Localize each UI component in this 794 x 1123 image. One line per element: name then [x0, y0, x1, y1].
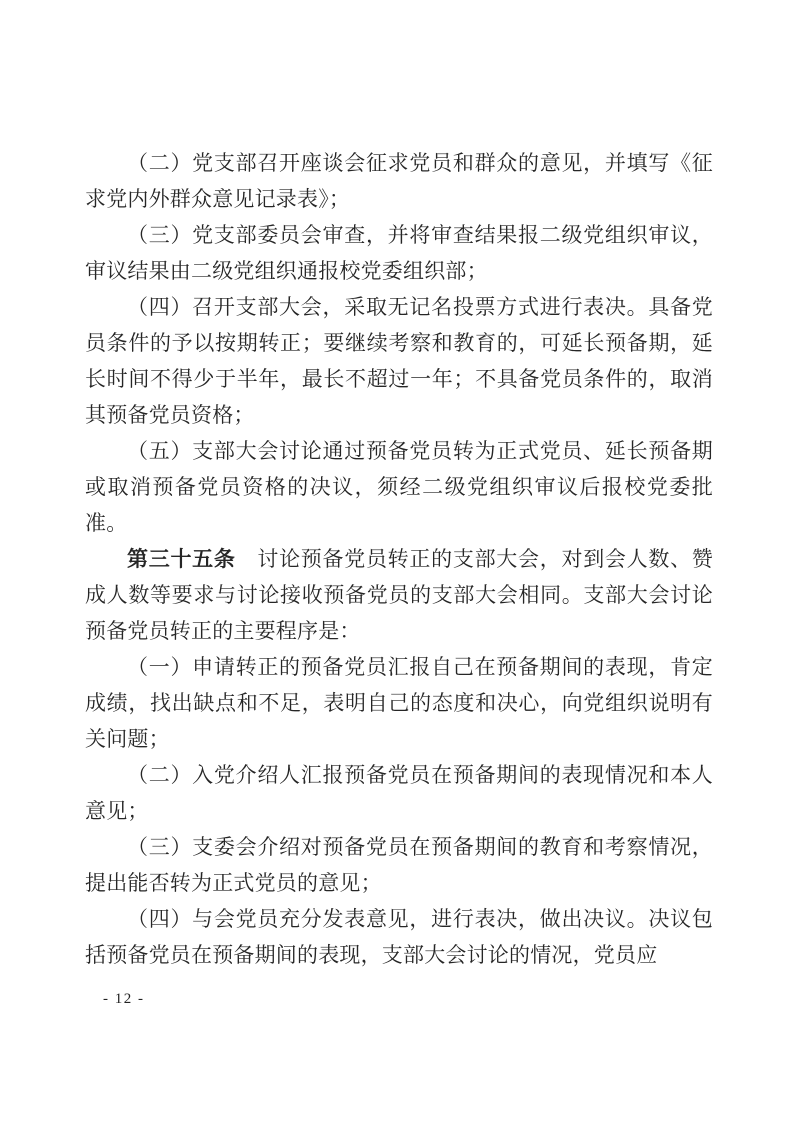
- paragraph-text: （二）入党介绍人汇报预备党员在预备期间的表现情况和本人意见；: [85, 763, 713, 823]
- paragraph: （四）与会党员充分发表意见，进行表决，做出决议。决议包括预备党员在预备期间的表现…: [85, 901, 713, 973]
- paragraph: （一）申请转正的预备党员汇报自己在预备期间的表现，肯定成绩，找出缺点和不足，表明…: [85, 649, 713, 757]
- paragraph-text: （一）申请转正的预备党员汇报自己在预备期间的表现，肯定成绩，找出缺点和不足，表明…: [85, 655, 713, 751]
- page-number: - 12 -: [103, 991, 145, 1008]
- paragraph: （三）党支部委员会审查，并将审查结果报二级党组织审议，审议结果由二级党组织通报校…: [85, 217, 713, 289]
- paragraph-text: （四）与会党员充分发表意见，进行表决，做出决议。决议包括预备党员在预备期间的表现…: [85, 907, 713, 967]
- paragraph: （五）支部大会讨论通过预备党员转为正式党员、延长预备期或取消预备党员资格的决议，…: [85, 433, 713, 541]
- paragraph: （二）入党介绍人汇报预备党员在预备期间的表现情况和本人意见；: [85, 757, 713, 829]
- paragraph: （二）党支部召开座谈会征求党员和群众的意见，并填写《征求党内外群众意见记录表》；: [85, 145, 713, 217]
- paragraph: 第三十五条 讨论预备党员转正的支部大会，对到会人数、赞成人数等要求与讨论接收预备…: [85, 541, 713, 649]
- paragraph-text: （三）党支部委员会审查，并将审查结果报二级党组织审议，审议结果由二级党组织通报校…: [85, 223, 713, 283]
- paragraph-text: （五）支部大会讨论通过预备党员转为正式党员、延长预备期或取消预备党员资格的决议，…: [85, 439, 713, 535]
- article-number: 第三十五条: [127, 547, 236, 571]
- paragraph: （三）支委会介绍对预备党员在预备期间的教育和考察情况，提出能否转为正式党员的意见…: [85, 829, 713, 901]
- paragraph: （四）召开支部大会，采取无记名投票方式进行表决。具备党员条件的予以按期转正；要继…: [85, 289, 713, 433]
- paragraph-text: （二）党支部召开座谈会征求党员和群众的意见，并填写《征求党内外群众意见记录表》；: [85, 151, 713, 211]
- document-body: （二）党支部召开座谈会征求党员和群众的意见，并填写《征求党内外群众意见记录表》；…: [85, 145, 713, 973]
- paragraph-text: （三）支委会介绍对预备党员在预备期间的教育和考察情况，提出能否转为正式党员的意见…: [85, 835, 713, 895]
- paragraph-text: （四）召开支部大会，采取无记名投票方式进行表决。具备党员条件的予以按期转正；要继…: [85, 295, 713, 427]
- document-page: （二）党支部召开座谈会征求党员和群众的意见，并填写《征求党内外群众意见记录表》；…: [0, 0, 794, 1123]
